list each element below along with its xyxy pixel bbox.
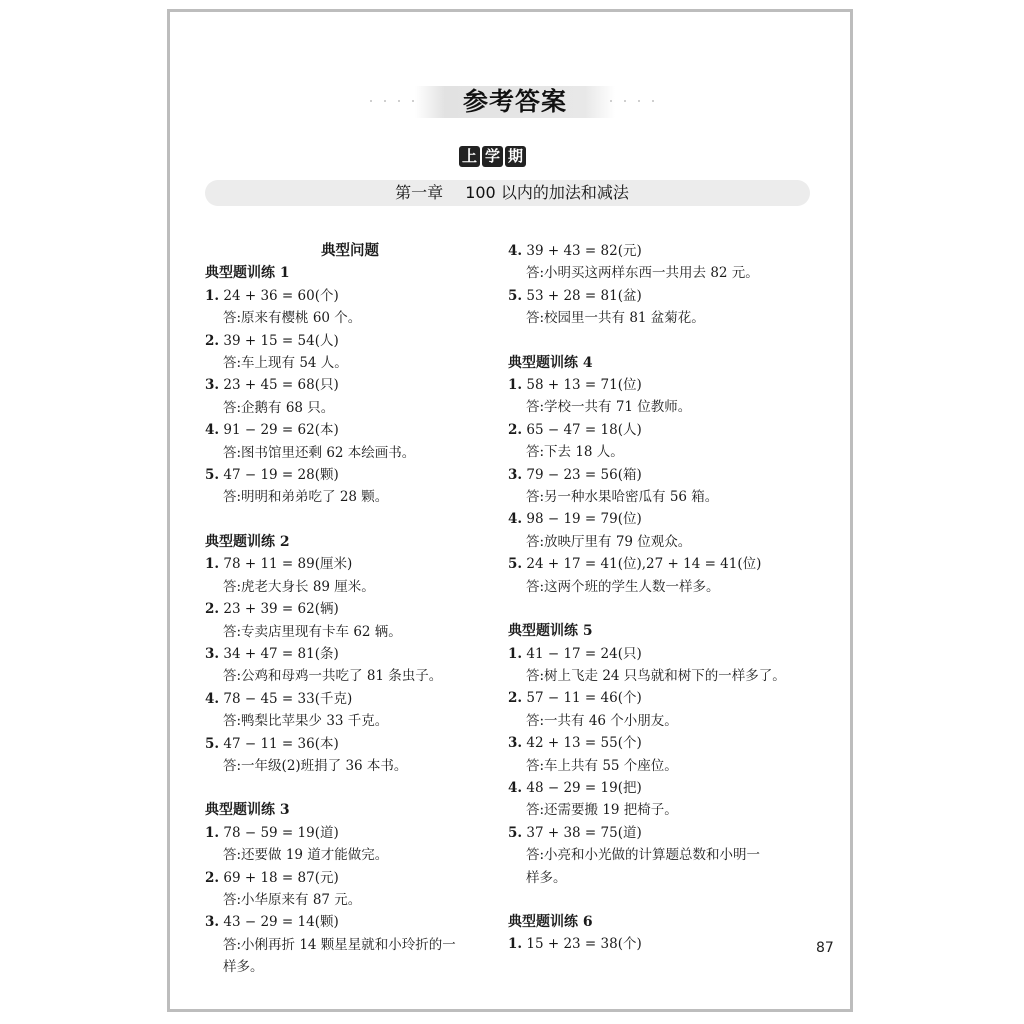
question-line: 2. 39 + 15 = 54(人) bbox=[205, 330, 495, 352]
question-number: 3. bbox=[205, 377, 219, 393]
question-line: 1. 24 + 36 = 60(个) bbox=[205, 285, 495, 307]
question-line: 5. 47 − 11 = 36(本) bbox=[205, 733, 495, 755]
question-number: 5. bbox=[508, 288, 522, 304]
exercise-title: 典型题训练 1 bbox=[205, 262, 495, 284]
question-number: 4. bbox=[508, 780, 522, 796]
question-number: 5. bbox=[508, 556, 522, 572]
question-line: 4. 39 + 43 = 82(元) bbox=[508, 240, 808, 262]
equation: 57 − 11 = 46(个) bbox=[526, 690, 641, 706]
equation: 39 + 15 = 54(人) bbox=[223, 333, 338, 349]
equation: 47 − 19 = 28(颗) bbox=[223, 467, 338, 483]
question-number: 1. bbox=[205, 825, 219, 841]
equation: 53 + 28 = 81(盆) bbox=[526, 288, 641, 304]
question-line: 5. 53 + 28 = 81(盆) bbox=[508, 285, 808, 307]
question-line: 3. 43 − 29 = 14(颗) bbox=[205, 911, 495, 933]
answer-line: 答:车上共有 55 个座位。 bbox=[508, 755, 808, 777]
chapter-heading: 第一章100 以内的加法和减法 bbox=[0, 180, 1024, 206]
equation: 42 + 13 = 55(个) bbox=[526, 735, 641, 751]
equation: 34 + 47 = 81(条) bbox=[223, 646, 338, 662]
equation: 48 − 29 = 19(把) bbox=[526, 780, 641, 796]
equation: 65 − 47 = 18(人) bbox=[526, 422, 641, 438]
chapter-title: 100 以内的加法和减法 bbox=[465, 183, 629, 202]
equation: 23 + 45 = 68(只) bbox=[223, 377, 338, 393]
title-banner: 参考答案 bbox=[370, 84, 660, 120]
question-number: 5. bbox=[205, 467, 219, 483]
answer-line: 答:小亮和小光做的计算题总数和小明一 bbox=[508, 844, 808, 866]
question-number: 2. bbox=[205, 333, 219, 349]
answer-line: 答:企鹅有 68 只。 bbox=[205, 397, 495, 419]
question-line: 1. 41 − 17 = 24(只) bbox=[508, 643, 808, 665]
question-line: 2. 23 + 39 = 62(辆) bbox=[205, 598, 495, 620]
answer-line: 答:车上现有 54 人。 bbox=[205, 352, 495, 374]
question-number: 4. bbox=[205, 691, 219, 707]
question-line: 5. 47 − 19 = 28(颗) bbox=[205, 464, 495, 486]
question-number: 4. bbox=[508, 243, 522, 259]
answer-line: 答:还需要搬 19 把椅子。 bbox=[508, 799, 808, 821]
answer-line: 答:小明买这两样东西一共用去 82 元。 bbox=[508, 262, 808, 284]
equation: 78 + 11 = 89(厘米) bbox=[223, 556, 352, 572]
answer-line: 样多。 bbox=[508, 867, 808, 889]
question-line: 2. 69 + 18 = 87(元) bbox=[205, 867, 495, 889]
chapter-label: 第一章 bbox=[395, 183, 443, 202]
answer-line: 答:学校一共有 71 位教师。 bbox=[508, 396, 808, 418]
question-number: 1. bbox=[508, 377, 522, 393]
section-heading: 典型问题 bbox=[205, 240, 495, 262]
answer-line: 答:一年级(2)班捐了 36 本书。 bbox=[205, 755, 495, 777]
equation: 47 − 11 = 36(本) bbox=[223, 736, 338, 752]
answer-line: 答:原来有樱桃 60 个。 bbox=[205, 307, 495, 329]
equation: 79 − 23 = 56(箱) bbox=[526, 467, 641, 483]
question-line: 3. 42 + 13 = 55(个) bbox=[508, 732, 808, 754]
question-line: 4. 78 − 45 = 33(千克) bbox=[205, 688, 495, 710]
question-number: 2. bbox=[508, 690, 522, 706]
answer-line: 答:下去 18 人。 bbox=[508, 441, 808, 463]
answer-line: 答:树上飞走 24 只鸟就和树下的一样多了。 bbox=[508, 665, 808, 687]
exercise-title: 典型题训练 4 bbox=[508, 352, 808, 374]
answer-line: 答:小华原来有 87 元。 bbox=[205, 889, 495, 911]
left-column: 典型问题 典型题训练 11. 24 + 36 = 60(个)答:原来有樱桃 60… bbox=[205, 240, 495, 979]
answer-line: 答:图书馆里还剩 62 本绘画书。 bbox=[205, 442, 495, 464]
question-number: 5. bbox=[205, 736, 219, 752]
term-char: 期 bbox=[505, 146, 526, 167]
answer-line: 答:专卖店里现有卡车 62 辆。 bbox=[205, 621, 495, 643]
section-spacer bbox=[508, 598, 808, 620]
question-line: 3. 34 + 47 = 81(条) bbox=[205, 643, 495, 665]
equation: 91 − 29 = 62(本) bbox=[223, 422, 338, 438]
question-number: 3. bbox=[205, 646, 219, 662]
equation: 69 + 18 = 87(元) bbox=[223, 870, 338, 886]
question-line: 1. 78 − 59 = 19(道) bbox=[205, 822, 495, 844]
answer-line: 答:放映厅里有 79 位观众。 bbox=[508, 531, 808, 553]
question-line: 2. 57 − 11 = 46(个) bbox=[508, 687, 808, 709]
answer-line: 样多。 bbox=[205, 956, 495, 978]
page-title: 参考答案 bbox=[370, 84, 660, 120]
question-number: 3. bbox=[508, 467, 522, 483]
exercise-title: 典型题训练 6 bbox=[508, 911, 808, 933]
question-line: 3. 23 + 45 = 68(只) bbox=[205, 374, 495, 396]
answer-line: 答:小俐再折 14 颗星星就和小玲折的一 bbox=[205, 934, 495, 956]
equation: 78 − 59 = 19(道) bbox=[223, 825, 338, 841]
question-number: 1. bbox=[508, 646, 522, 662]
question-line: 5. 37 + 38 = 75(道) bbox=[508, 822, 808, 844]
question-number: 3. bbox=[508, 735, 522, 751]
question-number: 3. bbox=[205, 914, 219, 930]
term-char: 上 bbox=[459, 146, 480, 167]
equation: 58 + 13 = 71(位) bbox=[526, 377, 641, 393]
question-line: 1. 58 + 13 = 71(位) bbox=[508, 374, 808, 396]
answer-line: 答:一共有 46 个小朋友。 bbox=[508, 710, 808, 732]
equation: 98 − 19 = 79(位) bbox=[526, 511, 641, 527]
question-line: 2. 65 − 47 = 18(人) bbox=[508, 419, 808, 441]
question-line: 1. 78 + 11 = 89(厘米) bbox=[205, 553, 495, 575]
page-number: 87 bbox=[816, 940, 834, 956]
term-badge: 上 学 期 bbox=[459, 146, 526, 167]
answer-line: 答:明明和弟弟吃了 28 颗。 bbox=[205, 486, 495, 508]
answer-line: 答:另一种水果哈密瓜有 56 箱。 bbox=[508, 486, 808, 508]
question-number: 1. bbox=[508, 936, 522, 952]
section-spacer bbox=[205, 509, 495, 531]
section-spacer bbox=[508, 889, 808, 911]
question-line: 4. 98 − 19 = 79(位) bbox=[508, 508, 808, 530]
section-spacer bbox=[205, 777, 495, 799]
equation: 15 + 23 = 38(个) bbox=[526, 936, 641, 952]
equation: 43 − 29 = 14(颗) bbox=[223, 914, 338, 930]
exercise-title: 典型题训练 3 bbox=[205, 799, 495, 821]
question-number: 4. bbox=[205, 422, 219, 438]
question-line: 4. 91 − 29 = 62(本) bbox=[205, 419, 495, 441]
question-number: 1. bbox=[205, 556, 219, 572]
question-number: 2. bbox=[205, 601, 219, 617]
answer-line: 答:校园里一共有 81 盆菊花。 bbox=[508, 307, 808, 329]
term-char: 学 bbox=[482, 146, 503, 167]
question-line: 5. 24 + 17 = 41(位),27 + 14 = 41(位) bbox=[508, 553, 808, 575]
exercise-title: 典型题训练 2 bbox=[205, 531, 495, 553]
equation: 23 + 39 = 62(辆) bbox=[223, 601, 338, 617]
question-line: 3. 79 − 23 = 56(箱) bbox=[508, 464, 808, 486]
question-number: 2. bbox=[205, 870, 219, 886]
question-number: 2. bbox=[508, 422, 522, 438]
answer-line: 答:还要做 19 道才能做完。 bbox=[205, 844, 495, 866]
equation: 24 + 17 = 41(位),27 + 14 = 41(位) bbox=[526, 556, 761, 572]
answer-line: 答:虎老大身长 89 厘米。 bbox=[205, 576, 495, 598]
answer-line: 答:公鸡和母鸡一共吃了 81 条虫子。 bbox=[205, 665, 495, 687]
answer-line: 答:鸭梨比苹果少 33 千克。 bbox=[205, 710, 495, 732]
question-number: 5. bbox=[508, 825, 522, 841]
right-column: 4. 39 + 43 = 82(元)答:小明买这两样东西一共用去 82 元。5.… bbox=[508, 240, 808, 956]
equation: 39 + 43 = 82(元) bbox=[526, 243, 641, 259]
equation: 37 + 38 = 75(道) bbox=[526, 825, 641, 841]
equation: 24 + 36 = 60(个) bbox=[223, 288, 338, 304]
equation: 78 − 45 = 33(千克) bbox=[223, 691, 352, 707]
answer-line: 答:这两个班的学生人数一样多。 bbox=[508, 576, 808, 598]
question-line: 4. 48 − 29 = 19(把) bbox=[508, 777, 808, 799]
question-number: 1. bbox=[205, 288, 219, 304]
section-spacer bbox=[508, 330, 808, 352]
equation: 41 − 17 = 24(只) bbox=[526, 646, 641, 662]
question-number: 4. bbox=[508, 511, 522, 527]
question-line: 1. 15 + 23 = 38(个) bbox=[508, 933, 808, 955]
exercise-title: 典型题训练 5 bbox=[508, 620, 808, 642]
